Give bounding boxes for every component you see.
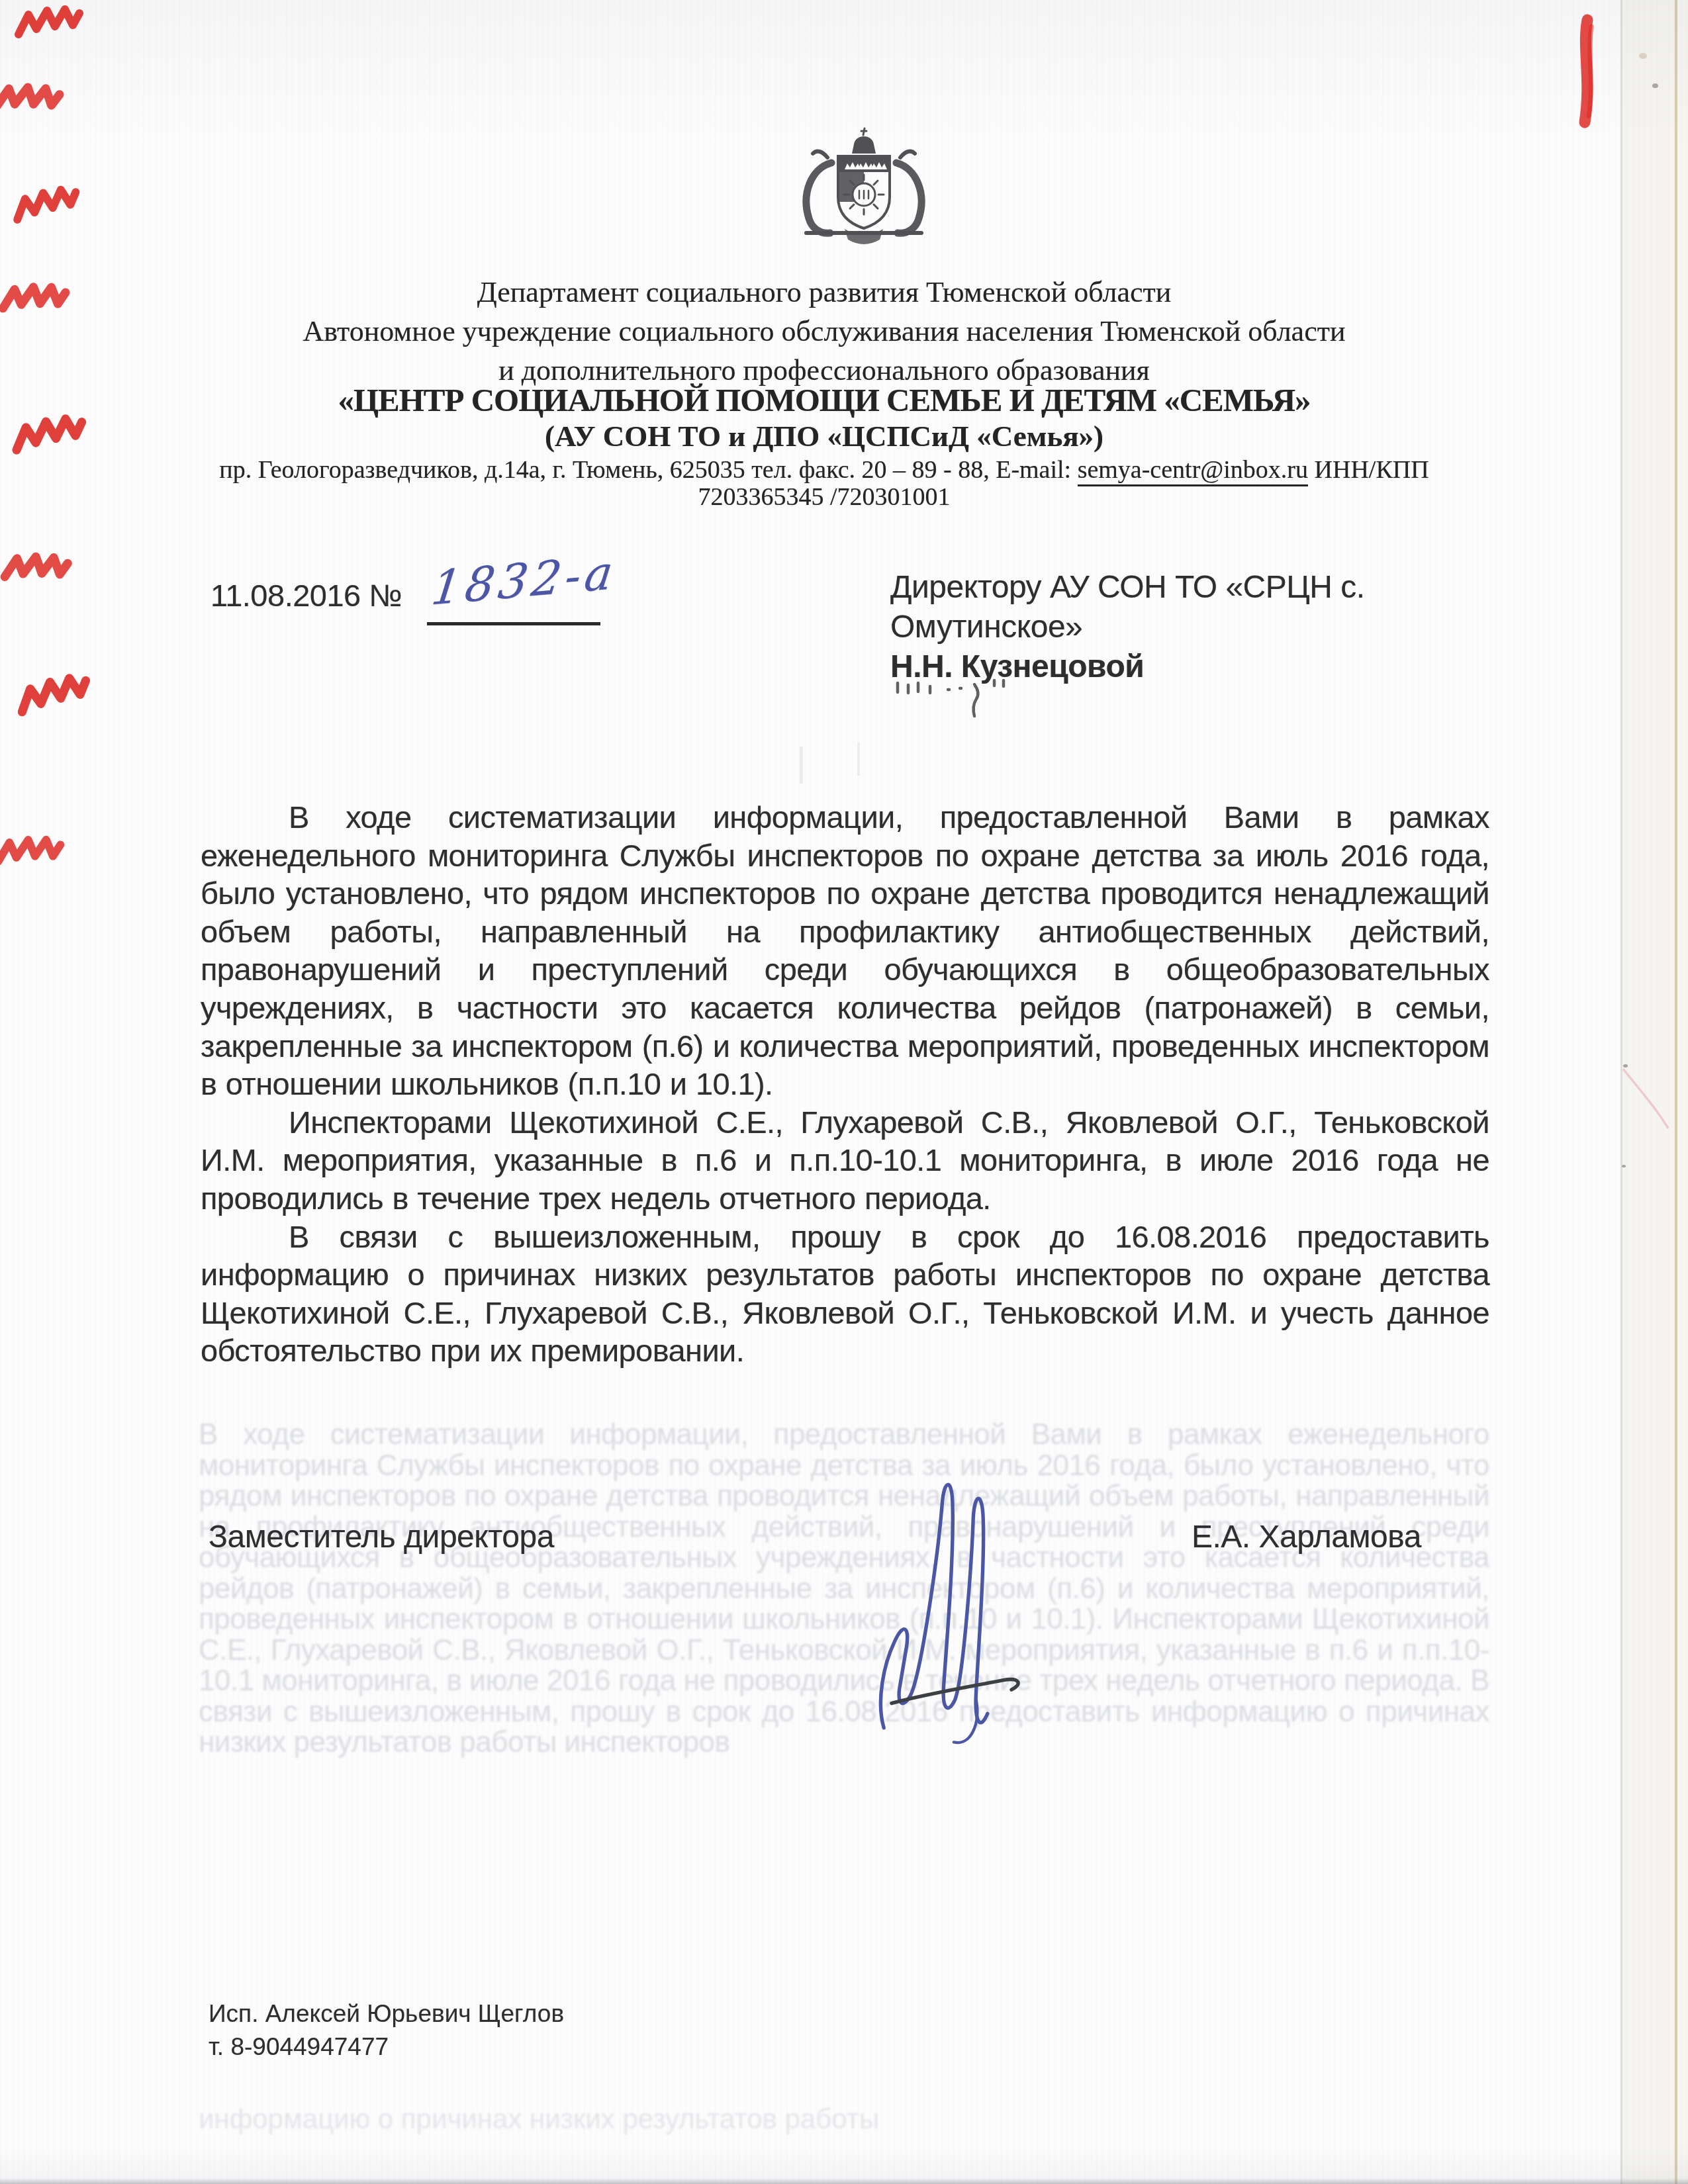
- handwritten-outgoing-number: 1832-а: [428, 545, 620, 616]
- handwritten-signature: [861, 1449, 1039, 1754]
- scan-speck: [1639, 53, 1647, 59]
- number-underline: [427, 622, 600, 625]
- organization-short-name: (АУ СОН ТО и ДПО «ЦСПСиД «Семья»): [0, 419, 1648, 453]
- tyumen-coat-of-arms-icon: [781, 127, 947, 246]
- paragraph-2: Инспекторами Щекотихиной С.Е., Глухарево…: [201, 1103, 1489, 1218]
- scan-edge-seam: [1620, 0, 1622, 2184]
- paragraph-1: В ходе систематизации информации, предос…: [201, 798, 1489, 1103]
- executor-phone: т. 8-9044947477: [209, 2033, 389, 2061]
- scan-speck: [1622, 1165, 1626, 1167]
- scan-edge-strip: [1622, 0, 1675, 2184]
- bleed-through-text: В ходе систематизации информации, предос…: [199, 1420, 1489, 1913]
- letter-date-and-number-label: 11.08.2016 №: [211, 577, 402, 614]
- organization-address-line: пр. Геологоразведчиков, д.14а, г. Тюмень…: [0, 455, 1648, 484]
- executor-name: Исп. Алексей Юрьевич Щеглов: [209, 2000, 564, 2028]
- bleed-through-bottom-line: информацию о причинах низких результатов…: [199, 2103, 966, 2136]
- scan-speck: [1623, 1064, 1628, 1068]
- addressee-line-2: Омутинское»: [890, 608, 1365, 647]
- inn-kpp-numbers: 7203365345 /720301001: [0, 482, 1648, 512]
- letterhead-line-1: Департамент социального развития Тюменск…: [0, 275, 1648, 309]
- organization-name: «ЦЕНТР СОЦИАЛЬНОЙ ПОМОЩИ СЕМЬЕ И ДЕТЯМ «…: [0, 381, 1648, 419]
- letterhead-line-2: Автономное учреждение социального обслуж…: [0, 314, 1648, 348]
- bleed-speckle: [857, 743, 860, 776]
- address-text: пр. Геологоразведчиков, д.14а, г. Тюмень…: [219, 456, 1077, 484]
- addressee-line-1: Директору АУ СОН ТО «СРЦН с.: [890, 568, 1365, 608]
- scan-bottom-shadow: [0, 2178, 1688, 2184]
- scanned-letter-page: Департамент социального развития Тюменск…: [0, 0, 1688, 2184]
- scan-edge-tan-line: [1675, 0, 1677, 2184]
- signer-position: Заместитель директора: [209, 1519, 554, 1555]
- inn-kpp-label: ИНН/КПП: [1308, 456, 1429, 484]
- addressee-block: Директору АУ СОН ТО «СРЦН с. Омутинское»…: [890, 568, 1365, 687]
- bleed-speckle: [800, 747, 803, 784]
- signer-name: Е.А. Харламова: [1192, 1519, 1421, 1555]
- scan-speck: [1652, 83, 1658, 88]
- paragraph-3: В связи с вышеизложенным, прошу в срок д…: [201, 1218, 1489, 1370]
- letter-body: В ходе систематизации информации, предос…: [201, 798, 1489, 1370]
- addressee-name: Н.Н. Кузнецовой: [890, 647, 1365, 687]
- scan-edge-outer: [1677, 0, 1688, 2184]
